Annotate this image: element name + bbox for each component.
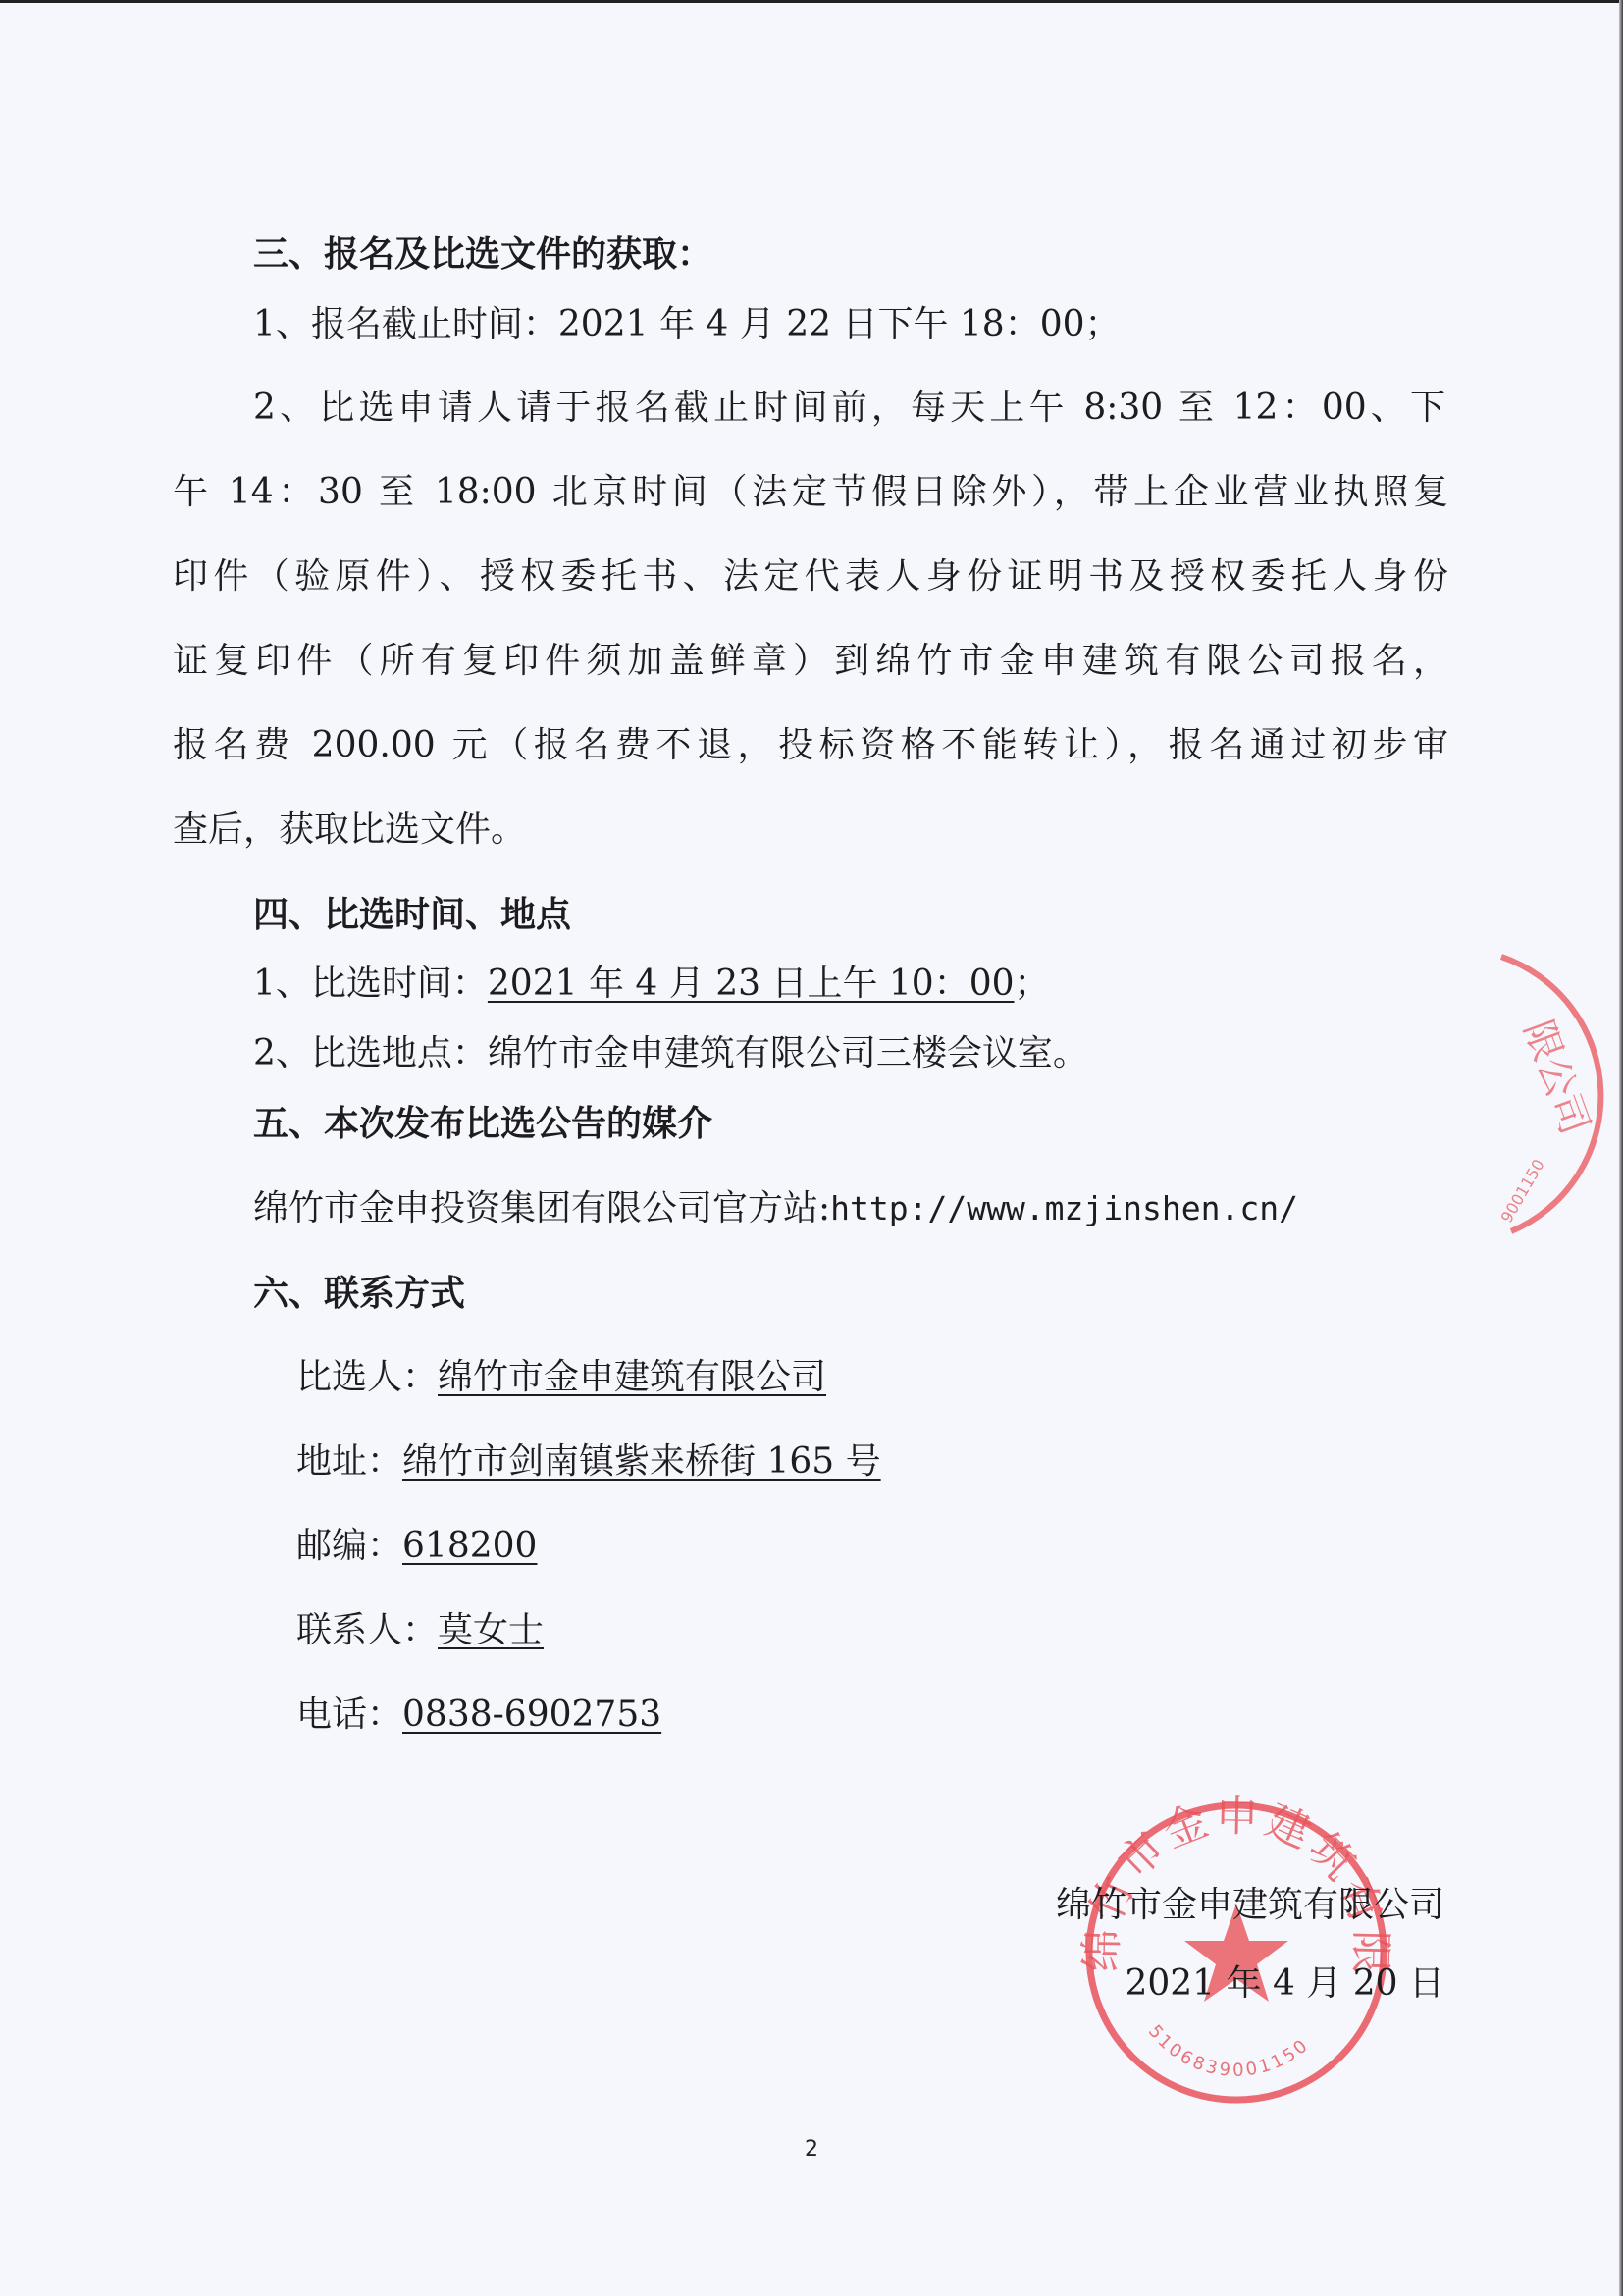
section6-heading: 六、联系方式 xyxy=(253,1272,465,1315)
scan-edge-top xyxy=(0,0,1623,3)
contact-label: 电话： xyxy=(296,1695,402,1735)
contact-label: 邮编： xyxy=(296,1526,402,1566)
section3-item2-line5: 报名费 200.00 元（报名费不退，投标资格不能转让），报名通过初步审 xyxy=(173,724,1448,767)
contact-phone: 电话：0838-6902753 xyxy=(296,1694,661,1737)
section3-item1-deadline: 1、报名截止时间：2021 年 4 月 22 日下午 18：00； xyxy=(253,303,1121,346)
section3-item2-line6: 查后，获取比选文件。 xyxy=(173,809,526,852)
bid-time-suffix: ； xyxy=(1015,964,1050,1004)
section3-item2-line3: 印件（验原件）、授权委托书、法定代表人身份证明书及授权委托人身份 xyxy=(173,555,1448,599)
section3-item2-line1: 2、比选申请人请于报名截止时间前，每天上午 8:30 至 12：00、下 xyxy=(253,387,1445,430)
contact-person: 联系人：莫女士 xyxy=(296,1609,544,1652)
contact-postcode: 邮编：618200 xyxy=(296,1525,537,1568)
scan-edge-right xyxy=(1619,0,1623,2296)
section5-heading: 五、本次发布比选公告的媒介 xyxy=(253,1102,712,1145)
section4-heading: 四、比选时间、地点 xyxy=(253,893,571,936)
section3-item2-line2: 午 14：30 至 18:00 北京时间（法定节假日除外），带上企业营业执照复 xyxy=(173,471,1448,514)
section3-item2-line4: 证复印件（所有复印件须加盖鲜章）到绵竹市金申建筑有限公司报名， xyxy=(173,640,1448,683)
signature-date: 2021 年 4 月 20 日 xyxy=(1079,1962,1444,2006)
svg-text:绵竹市金申建筑有限公司: 绵竹市金申建筑有限公司 xyxy=(1070,1786,1396,1978)
bid-time-label: 1、比选时间： xyxy=(253,964,488,1004)
seam-seal-icon: 限公司 9001150 xyxy=(1472,937,1623,1251)
section4-item2-location: 2、比选地点：绵竹市金申建筑有限公司三楼会议室。 xyxy=(253,1032,1088,1075)
section3-heading: 三、报名及比选文件的获取： xyxy=(253,233,712,276)
page-number: 2 xyxy=(805,2137,818,2162)
media-url-link[interactable]: http://www.mzjinshen.cn/ xyxy=(830,1189,1298,1227)
contact-value: 618200 xyxy=(402,1526,537,1566)
seal-code: 5106839001150 xyxy=(1144,2021,1314,2081)
contact-label: 联系人： xyxy=(296,1610,438,1650)
contact-address: 地址：绵竹市剑南镇紫来桥街 165 号 xyxy=(296,1440,881,1484)
seal-text: 绵竹市金申建筑有限公司 xyxy=(1070,1786,1396,1978)
section5-media: 绵竹市金申投资集团有限公司官方站:http://www.mzjinshen.cn… xyxy=(253,1187,1298,1230)
contact-bidder: 比选人：绵竹市金申建筑有限公司 xyxy=(296,1356,826,1399)
svg-text:5106839001150: 5106839001150 xyxy=(1144,2021,1314,2081)
media-site-label: 绵竹市金申投资集团有限公司官方站: xyxy=(253,1188,830,1228)
contact-value: 0838-6902753 xyxy=(402,1695,661,1735)
bid-time-value: 2021 年 4 月 23 日上午 10：00 xyxy=(488,964,1015,1004)
section4-item1-time: 1、比选时间：2021 年 4 月 23 日上午 10：00； xyxy=(253,963,1050,1006)
seam-seal-text: 限公司 xyxy=(1515,1015,1597,1140)
contact-value: 莫女士 xyxy=(438,1610,544,1650)
contact-label: 比选人： xyxy=(296,1357,438,1397)
seam-seal-code: 9001150 xyxy=(1497,1156,1548,1226)
signature-company: 绵竹市金申建筑有限公司 xyxy=(1005,1884,1444,1927)
contact-value: 绵竹市金申建筑有限公司 xyxy=(438,1357,826,1397)
contact-value: 绵竹市剑南镇紫来桥街 165 号 xyxy=(402,1441,881,1482)
company-seal-icon: 绵竹市金申建筑有限公司 5106839001150 xyxy=(1070,1786,1403,2119)
contact-label: 地址： xyxy=(296,1441,402,1482)
